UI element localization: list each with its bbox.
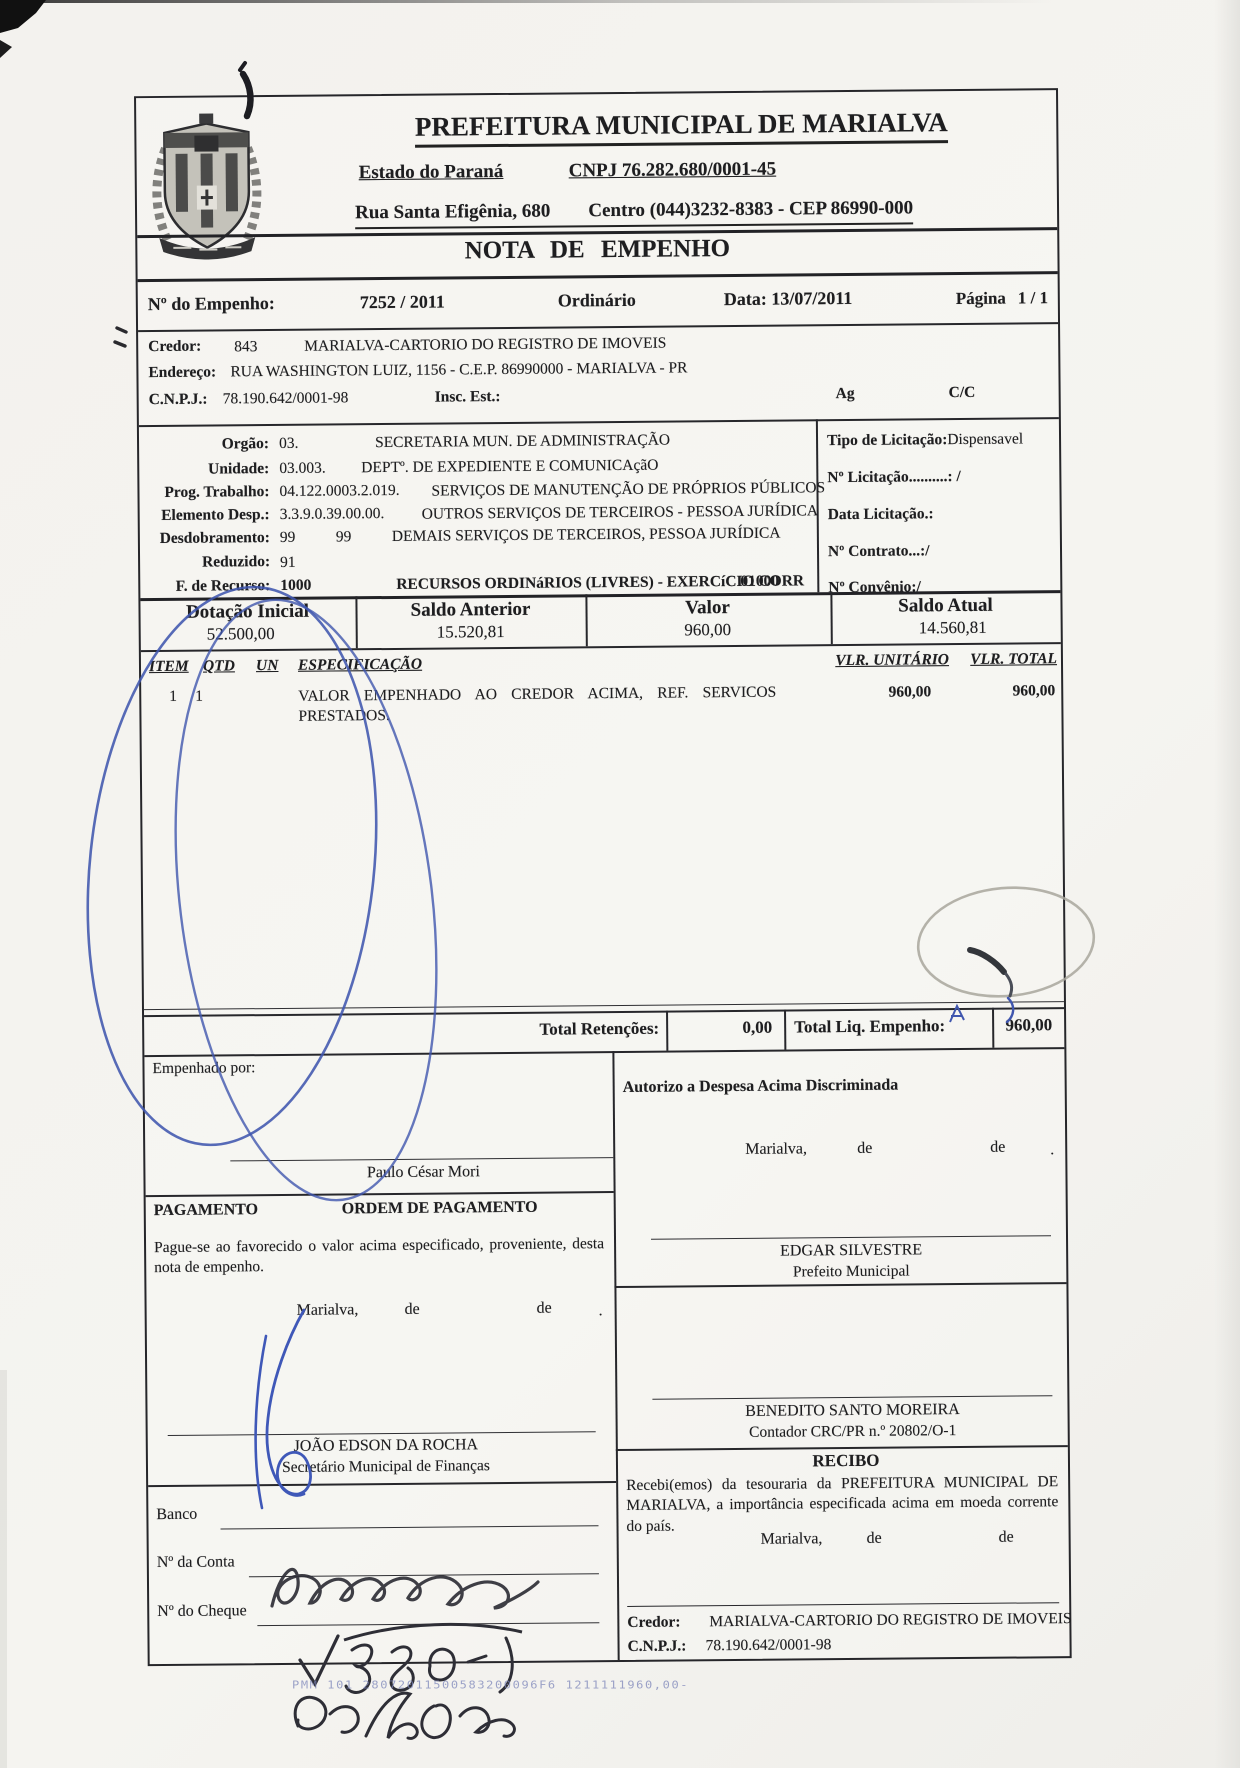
recibo-cnpj-value: 78.190.642/0001-98 bbox=[705, 1636, 831, 1655]
tipo-licitacao-label: Tipo de Licitação: bbox=[827, 431, 947, 449]
espec-col-header: ESPECIFICAÇÃO bbox=[298, 656, 422, 675]
address-street: Rua Santa Efigênia, 680 bbox=[355, 201, 550, 224]
vlr-unitario-header: VLR. UNITÁRIO bbox=[835, 651, 949, 670]
empenhado-signature-line bbox=[230, 1157, 613, 1161]
nota-de-empenho-document: PREFEITURA MUNICIPAL DE MARIALVA Estado … bbox=[134, 88, 1072, 1666]
tipo-licitacao: Tipo de Licitação:Dispensavel bbox=[827, 430, 1023, 450]
state-label: Estado do Paraná bbox=[359, 161, 504, 184]
item-col-header: ITEM bbox=[149, 658, 189, 676]
section-divider bbox=[138, 271, 1058, 282]
page-number: 1 / 1 bbox=[1018, 288, 1048, 308]
reduzido-code: 91 bbox=[280, 554, 296, 572]
item-qtd: 1 bbox=[195, 688, 203, 706]
empenhado-signer-name: Paulo César Mori bbox=[367, 1163, 480, 1182]
insc-est-label: Insc. Est.: bbox=[435, 388, 501, 407]
page-label: Página bbox=[956, 289, 1006, 309]
prog-trabalho-code: 04.122.0003.2.019. bbox=[279, 482, 399, 501]
pagamento-title: PAGAMENTO bbox=[154, 1201, 258, 1220]
saldo-atual-value: 14.560,81 bbox=[919, 618, 987, 639]
columns-divider bbox=[612, 1051, 619, 1660]
desdobramento-code2: 99 bbox=[336, 528, 352, 546]
recibo-de1: de bbox=[867, 1530, 882, 1548]
item-vlr-unitario: 960,00 bbox=[889, 683, 932, 701]
totals-divider bbox=[784, 1010, 786, 1050]
banco-section-divider bbox=[148, 1481, 616, 1487]
empenho-modality: Ordinário bbox=[558, 290, 636, 312]
un-col-header: UN bbox=[256, 657, 279, 675]
data-licitacao-label: Data Licitação.: bbox=[828, 505, 934, 524]
contador-cargo: Contador CRC/PR n.º 20802/O-1 bbox=[749, 1422, 956, 1442]
conta-line bbox=[249, 1573, 599, 1577]
ordem-pagamento-title: ORDEM DE PAGAMENTO bbox=[342, 1199, 538, 1219]
num-licitacao-label: Nº Licitação..........: / bbox=[827, 468, 961, 487]
recibo-de2: de bbox=[999, 1529, 1014, 1547]
item-espec: VALOR EMPENHADO AO CREDOR ACIMA, REF. SE… bbox=[298, 683, 776, 728]
credor-cnpj-value: 78.190.642/0001-98 bbox=[223, 389, 349, 408]
unidade-code: 03.003. bbox=[279, 460, 326, 478]
valor-header: Valor bbox=[685, 597, 730, 619]
logo-pen-mark-tail bbox=[240, 63, 245, 70]
orgao-label: Orgão: bbox=[222, 435, 270, 453]
machine-print-line: PMM 101 28072011500583200096F6 121111196… bbox=[292, 1679, 689, 1692]
saldo-anterior-header: Saldo Anterior bbox=[411, 599, 531, 622]
pagamento-divider bbox=[146, 1191, 614, 1197]
scanned-page: PREFEITURA MUNICIPAL DE MARIALVA Estado … bbox=[0, 0, 1240, 1768]
desdobramento-code: 99 bbox=[280, 529, 296, 547]
prefeito-cell-divider bbox=[614, 1282, 1066, 1288]
credor-code: 843 bbox=[234, 338, 257, 356]
elemento-desp-desc: OUTROS SERVIÇOS DE TERCEIROS - PESSOA JU… bbox=[422, 502, 819, 523]
scan-edge-shadow bbox=[0, 0, 1240, 3]
scan-edge-shadow-left bbox=[0, 1370, 7, 1768]
desdobramento-desc: DEMAIS SERVIÇOS DE TERCEIROS, PESSOA JUR… bbox=[392, 525, 781, 546]
autorizo-dot: . bbox=[1050, 1141, 1054, 1159]
recibo-credor-line bbox=[627, 1602, 1059, 1607]
cheque-line bbox=[257, 1622, 599, 1626]
margin-tick-marks bbox=[115, 328, 126, 346]
elemento-desp-label: Elemento Desp.: bbox=[161, 506, 270, 525]
desdobramento-label: Desdobramento: bbox=[160, 529, 270, 548]
prefeito-name: EDGAR SILVESTRE bbox=[780, 1241, 922, 1260]
endereco-value: RUA WASHINGTON LUIZ, 1156 - C.E.P. 86990… bbox=[230, 359, 687, 381]
secretario-signature-line bbox=[168, 1431, 596, 1436]
empenhado-por-label: Empenhado por: bbox=[152, 1059, 255, 1078]
dotacao-divider bbox=[585, 594, 587, 646]
document-title: NOTA DE EMPENHO bbox=[465, 235, 731, 265]
orgao-desc: SECRETARIA MUN. DE ADMINISTRAÇÃO bbox=[375, 432, 670, 453]
autorizo-title: Autorizo a Despesa Acima Discriminada bbox=[623, 1077, 899, 1097]
orgao-code: 03. bbox=[279, 435, 299, 453]
pagamento-dot: . bbox=[599, 1302, 603, 1320]
ag-label: Ag bbox=[836, 385, 855, 403]
contador-signature-line bbox=[652, 1395, 1052, 1399]
prog-trabalho-label: Prog. Trabalho: bbox=[164, 483, 269, 502]
cc-label: C/C bbox=[949, 384, 976, 402]
cheque-label: Nº do Cheque bbox=[157, 1602, 247, 1621]
prefeito-cargo: Prefeito Municipal bbox=[793, 1262, 910, 1281]
dotacao-inicial-header: Dotação Inicial bbox=[186, 601, 309, 624]
empenho-number-label: Nº do Empenho: bbox=[148, 293, 275, 315]
cnpj-header: CNPJ 76.282.680/0001-45 bbox=[569, 159, 777, 183]
num-contrato-label: Nº Contrato...:/ bbox=[828, 542, 930, 561]
autorizo-de1: de bbox=[857, 1140, 872, 1158]
scan-edge-shadow-right bbox=[1214, 0, 1240, 1768]
total-liquido-value: 960,00 bbox=[1005, 1015, 1052, 1035]
credor-name: MARIALVA-CARTORIO DO REGISTRO DE IMOVEIS bbox=[304, 335, 666, 356]
recibo-cnpj-label: C.N.P.J.: bbox=[627, 1637, 686, 1656]
pagamento-de2: de bbox=[537, 1300, 552, 1318]
total-liquido-label: Total Liq. Empenho: bbox=[794, 1016, 945, 1037]
pagamento-body: Pague-se ao favorecido o valor acima esp… bbox=[154, 1234, 604, 1279]
reduzido-label: Reduzido: bbox=[202, 553, 270, 572]
fonte-recurso-extra: 01000 bbox=[740, 573, 779, 591]
saldo-atual-header: Saldo Atual bbox=[898, 595, 993, 618]
section-divider bbox=[138, 322, 1058, 332]
autorizo-city: Marialva, bbox=[745, 1140, 807, 1159]
empenho-number: 7252 / 2011 bbox=[360, 292, 445, 314]
pagamento-city: Marialva, bbox=[297, 1301, 359, 1320]
tipo-licitacao-value: Dispensavel bbox=[947, 430, 1023, 448]
credor-label: Credor: bbox=[148, 338, 201, 356]
scanner-corner-blob-small bbox=[0, 40, 12, 58]
banco-label: Banco bbox=[156, 1506, 197, 1524]
recibo-body: Recebi(emos) da tesouraria da PREFEITURA… bbox=[626, 1472, 1059, 1537]
fonte-recurso-code: 1000 bbox=[280, 577, 311, 595]
section-divider bbox=[139, 417, 1059, 427]
recibo-city: Marialva, bbox=[761, 1530, 823, 1549]
unidade-desc: DEPTº. DE EXPEDIENTE E COMUNICAçãO bbox=[361, 457, 658, 478]
item-number: 1 bbox=[169, 688, 177, 706]
secretario-cargo: Secretário Municipal de Finanças bbox=[282, 1457, 490, 1477]
banco-line bbox=[221, 1525, 599, 1529]
saldo-anterior-value: 15.520,81 bbox=[437, 622, 505, 643]
autorizo-de2: de bbox=[990, 1139, 1005, 1157]
valor-value: 960,00 bbox=[684, 620, 731, 640]
address-district-phone: Centro (044)3232-8383 - CEP 86990-000 bbox=[588, 197, 913, 221]
prefeito-signature-line bbox=[651, 1235, 1051, 1239]
municipality-title: PREFEITURA MUNICIPAL DE MARIALVA bbox=[415, 107, 948, 148]
secretario-name: JOÃO EDSON DA ROCHA bbox=[293, 1436, 478, 1456]
dotacao-inicial-value: 52.500,00 bbox=[207, 624, 275, 645]
elemento-desp-code: 3.3.9.0.39.00.00. bbox=[280, 505, 385, 524]
total-retencoes-label: Total Retenções: bbox=[539, 1019, 659, 1040]
vlr-total-header: VLR. TOTAL bbox=[970, 650, 1057, 669]
scanner-corner-blob bbox=[0, 0, 46, 33]
recibo-title: RECIBO bbox=[812, 1451, 879, 1472]
credor-cnpj-label: C.N.P.J.: bbox=[149, 391, 208, 410]
item-vlr-total: 960,00 bbox=[1013, 682, 1056, 700]
dotacao-divider bbox=[355, 596, 357, 648]
recibo-credor-value: MARIALVA-CARTORIO DO REGISTRO DE IMOVEIS bbox=[709, 1610, 1071, 1631]
fonte-recurso-label: F. de Recurso: bbox=[176, 577, 271, 596]
cheque-handwriting bbox=[295, 1693, 514, 1738]
endereco-label: Endereço: bbox=[148, 363, 216, 382]
qtd-col-header: QTD bbox=[203, 657, 235, 675]
contador-name: BENEDITO SANTO MOREIRA bbox=[745, 1401, 960, 1421]
totals-divider bbox=[666, 1011, 668, 1051]
total-retencoes-value: 0,00 bbox=[742, 1018, 772, 1038]
empenho-date: Data: 13/07/2011 bbox=[724, 288, 853, 310]
liquido-box-divider bbox=[992, 1008, 994, 1048]
recibo-credor-label: Credor: bbox=[627, 1613, 680, 1631]
conta-label: Nº da Conta bbox=[157, 1553, 235, 1572]
totals-row-bottom bbox=[144, 1047, 1064, 1057]
prog-trabalho-desc: SERVIÇOS DE MANUTENÇÃO DE PRÓPRIOS PÚBLI… bbox=[431, 479, 825, 500]
unidade-label: Unidade: bbox=[208, 460, 269, 479]
pagamento-de1: de bbox=[405, 1301, 420, 1319]
dotacao-divider bbox=[830, 592, 832, 644]
